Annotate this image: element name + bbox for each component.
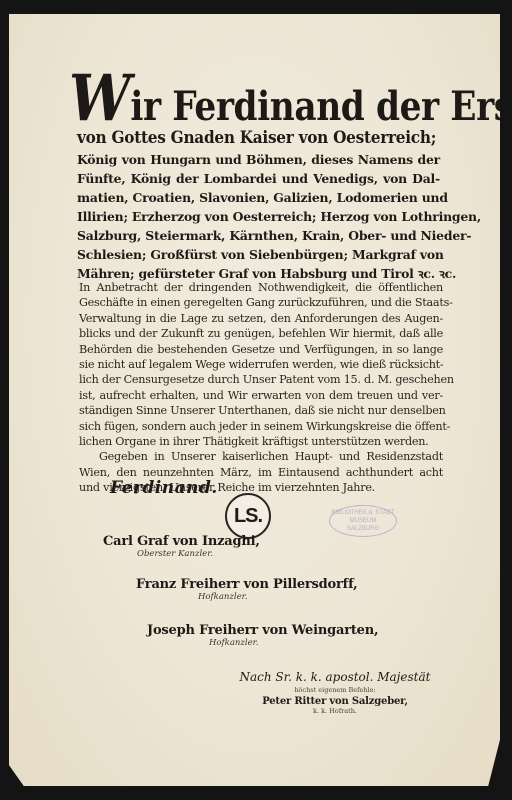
proclamation-subtitle: von Gottes Gnaden Kaiser von Oesterreich… xyxy=(77,128,436,148)
seal-label: LS. xyxy=(234,505,262,528)
title-rest: ir Ferdinand der Erste, xyxy=(130,83,512,130)
closing-role: k. k. Hofrath. xyxy=(235,707,435,715)
body-line: lich der Censurgesetze durch Unser Paten… xyxy=(79,372,443,387)
body-line: sie nicht auf legalem Wege widerrufen we… xyxy=(79,357,443,372)
body-line: blicks und der Zukunft zu genügen, befeh… xyxy=(79,326,443,341)
signatory-name: Carl Graf von Inzaghi, xyxy=(103,534,260,549)
proclamation-body: In Anbetracht der dringenden Nothwendigk… xyxy=(79,280,443,496)
titles-line: Fünfte, König der Lombardei und Venedigs… xyxy=(77,169,440,188)
signatory-name: Joseph Freiherr von Weingarten, xyxy=(147,623,378,638)
body-line: Behörden die bestehenden Gesetze und Ver… xyxy=(79,342,443,357)
titles-line: Schlesien; Großfürst von Siebenbürgen; M… xyxy=(77,245,440,264)
signatory-3: Joseph Freiherr von Weingarten, Hofkanzl… xyxy=(147,623,378,648)
signatory-role: Hofkanzler. xyxy=(147,638,378,648)
monarch-signature: Ferdinand. xyxy=(110,478,218,498)
dated-line: Gegeben in Unserer kaiserlichen Haupt- u… xyxy=(79,449,443,464)
title-initial: W xyxy=(69,61,130,136)
signatory-role: Hofkanzler. xyxy=(136,592,358,602)
imperial-titles: König von Hungarn und Böhmen, dieses Nam… xyxy=(77,150,440,283)
stamp-line: SALZBURG xyxy=(330,525,396,533)
stamp-line: MUSEUM xyxy=(330,517,396,525)
signatory-1: Carl Graf von Inzaghi, Oberster Kanzler. xyxy=(103,534,260,559)
closing-signatory: Peter Ritter von Salzgeber, xyxy=(235,696,435,707)
stamp-line: BIBLIOTHEK d. STADT xyxy=(330,509,396,517)
closing-line: höchst eigenem Befehle: xyxy=(235,686,435,694)
closing-line: Nach Sr. k. k. apostol. Majestät xyxy=(235,670,435,684)
signatory-name: Franz Freiherr von Pillersdorff, xyxy=(136,577,358,592)
signatory-2: Franz Freiherr von Pillersdorff, Hofkanz… xyxy=(136,577,358,602)
body-line: lichen Organe in ihrer Thätigkeit kräfti… xyxy=(79,434,443,449)
titles-line: matien, Croatien, Slavonien, Galizien, L… xyxy=(77,188,440,207)
proclamation-paper: Wir Ferdinand der Erste, von Gottes Gnad… xyxy=(9,14,500,786)
body-line: In Anbetracht der dringenden Nothwendigk… xyxy=(79,280,443,295)
locus-sigilli-seal: LS. xyxy=(225,493,271,539)
signatory-role: Oberster Kanzler. xyxy=(103,549,260,559)
titles-line: Illirien; Erzherzog von Oesterreich; Her… xyxy=(77,207,440,226)
archive-stamp: BIBLIOTHEK d. STADT MUSEUM SALZBURG xyxy=(329,505,397,537)
titles-line: König von Hungarn und Böhmen, dieses Nam… xyxy=(77,150,440,169)
body-line: ist, aufrecht erhalten, und Wir erwarten… xyxy=(79,388,443,403)
body-line: sich fügen, sondern auch jeder in seinem… xyxy=(79,419,443,434)
closing-block: Nach Sr. k. k. apostol. Majestät höchst … xyxy=(235,670,435,715)
body-line: Geschäfte in einen geregelten Gang zurüc… xyxy=(79,295,443,310)
titles-line: Salzburg, Steiermark, Kärnthen, Krain, O… xyxy=(77,226,440,245)
body-line: Verwaltung in die Lage zu setzen, den An… xyxy=(79,311,443,326)
body-line: ständigen Sinne Unserer Unterthanen, daß… xyxy=(79,403,443,418)
